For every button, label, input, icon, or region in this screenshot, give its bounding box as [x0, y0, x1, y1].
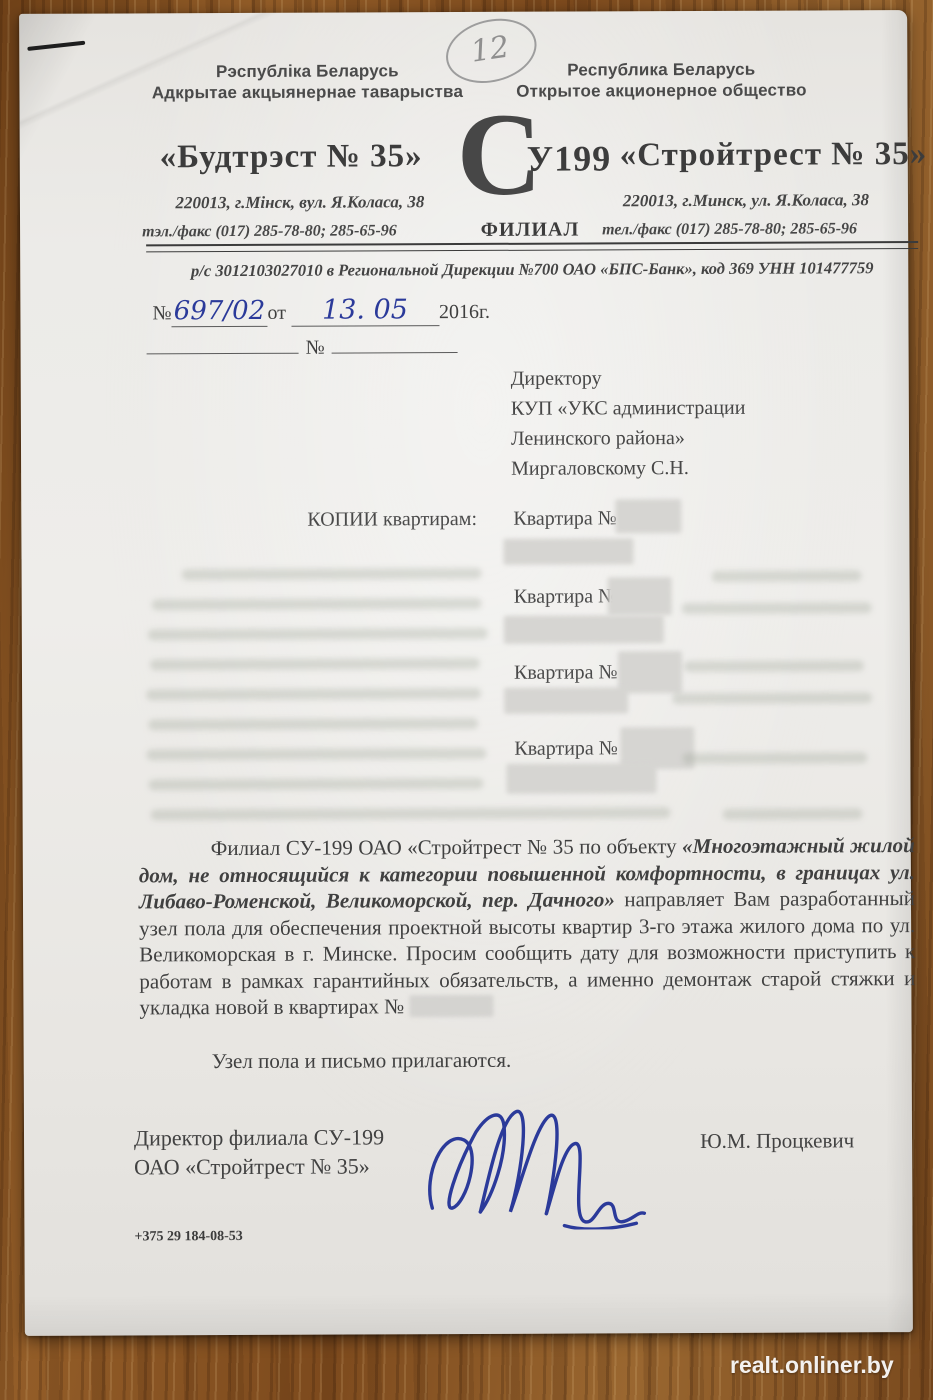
bleed-through-line: [150, 658, 480, 670]
bleed-through-line: [684, 660, 864, 672]
bleed-through-line: [148, 628, 488, 640]
signature-ink: [416, 1079, 657, 1230]
bleed-through-line: [672, 692, 872, 704]
org-unit-su199: У199: [527, 137, 612, 179]
copies-label: КОПИИ квартирам:: [307, 508, 477, 532]
apartment-entry-4: Квартира №: [514, 737, 618, 760]
org-name-belarusian: «Будтрэст № 35»: [160, 138, 423, 176]
handwritten-outgoing-number: 697/02: [174, 296, 266, 326]
outgoing-number-line: №697/02от 13. 052016г.: [152, 294, 490, 327]
redacted-address-4: [506, 763, 656, 794]
addressee-line: Миргаловскому С.Н.: [511, 453, 746, 484]
addressee-line: КУП «УКС администрации: [511, 393, 746, 424]
redacted-apartment-number-2: [608, 577, 672, 615]
year-printed: 2016г.: [439, 301, 490, 323]
body-intro: Филиал СУ-199 ОАО «Стройтрест № 35 по об…: [211, 834, 682, 860]
org-name-russian: «Стройтрест № 35»: [620, 136, 928, 174]
second-number-label: №: [306, 337, 325, 359]
header-right-country: Республика Беларусь: [477, 58, 845, 81]
addressee-line: Директору: [511, 363, 746, 394]
bleed-through-line: [682, 602, 872, 614]
bleed-through-line: [723, 808, 863, 820]
bleed-through-line: [151, 807, 671, 820]
redacted-address-2: [504, 615, 664, 644]
number-label: №: [152, 302, 171, 324]
footer-mobile-phone: +375 29 184-08-53: [134, 1229, 242, 1245]
address-russian: 220013, г.Минск, ул. Я.Коласа, 38: [576, 190, 916, 211]
redacted-address-1: [503, 538, 633, 565]
incoming-number-blank-line: №: [147, 330, 458, 360]
site-watermark: realt.onliner.by: [730, 1352, 894, 1379]
addressee-line: Ленинского района»: [511, 423, 746, 454]
bleed-through-line: [182, 568, 482, 580]
header-belarusian-block: Рэспубліка Беларусь Адкрытае акцыянернае…: [123, 60, 491, 104]
bleed-through-line: [682, 752, 867, 764]
redacted-apartment-number-1: [615, 499, 681, 533]
addressee-block: Директору КУП «УКС администрации Ленинск…: [511, 363, 746, 484]
ot-label: от: [267, 302, 286, 324]
phone-russian: тел./факс (017) 285-78-80; 285-65-96: [602, 220, 857, 239]
bank-requisites-line: р/с 3012103027010 в Региональной Дирекци…: [146, 258, 918, 281]
address-belarusian: 220013, г.Мінск, вул. Я.Коласа, 38: [130, 192, 470, 213]
apartment-entry-2: Квартира №: [514, 585, 618, 608]
header-left-country: Рэспубліка Беларусь: [123, 60, 491, 83]
pen-dash-mark: [27, 41, 85, 51]
bleed-through-line: [148, 718, 478, 730]
header-left-org-type: Адкрытае акцыянернае таварыства: [123, 81, 491, 104]
bleed-through-line: [152, 598, 482, 610]
signer-title-line2: ОАО «Стройтрест № 35»: [134, 1151, 384, 1181]
bleed-through-line: [712, 570, 862, 582]
redacted-address-3: [504, 687, 628, 714]
phone-belarusian: тэл./факс (017) 285-78-80; 285-65-96: [142, 222, 397, 241]
signer-name: Ю.М. Процкевич: [700, 1128, 854, 1154]
apartment-entry-3: Квартира №: [514, 661, 618, 684]
photo-of-document: 12 Рэспубліка Беларусь Адкрытае акцыянер…: [0, 0, 933, 1400]
bleed-through-line: [146, 748, 486, 760]
handwritten-date: 13. 05: [322, 294, 408, 325]
apartment-entry-1: Квартира №: [513, 507, 617, 530]
bleed-through-line: [146, 688, 481, 700]
attachment-note: Узел пола и письмо прилагаются.: [212, 1048, 512, 1074]
redacted-apartment-numbers-inline: [409, 995, 493, 1017]
signer-title-block: Директор филиала СУ-199 ОАО «Стройтрест …: [134, 1122, 384, 1181]
letterhead-divider-rule: [146, 241, 918, 252]
filial-label: ФИЛИАЛ: [450, 218, 610, 242]
letter-paper-sheet: 12 Рэспубліка Беларусь Адкрытае акцыянер…: [19, 10, 913, 1336]
body-paragraph: Филиал СУ-199 ОАО «Стройтрест № 35 по об…: [139, 832, 916, 1021]
signer-title-line1: Директор филиала СУ-199: [134, 1122, 384, 1152]
bleed-through-line: [148, 778, 483, 790]
